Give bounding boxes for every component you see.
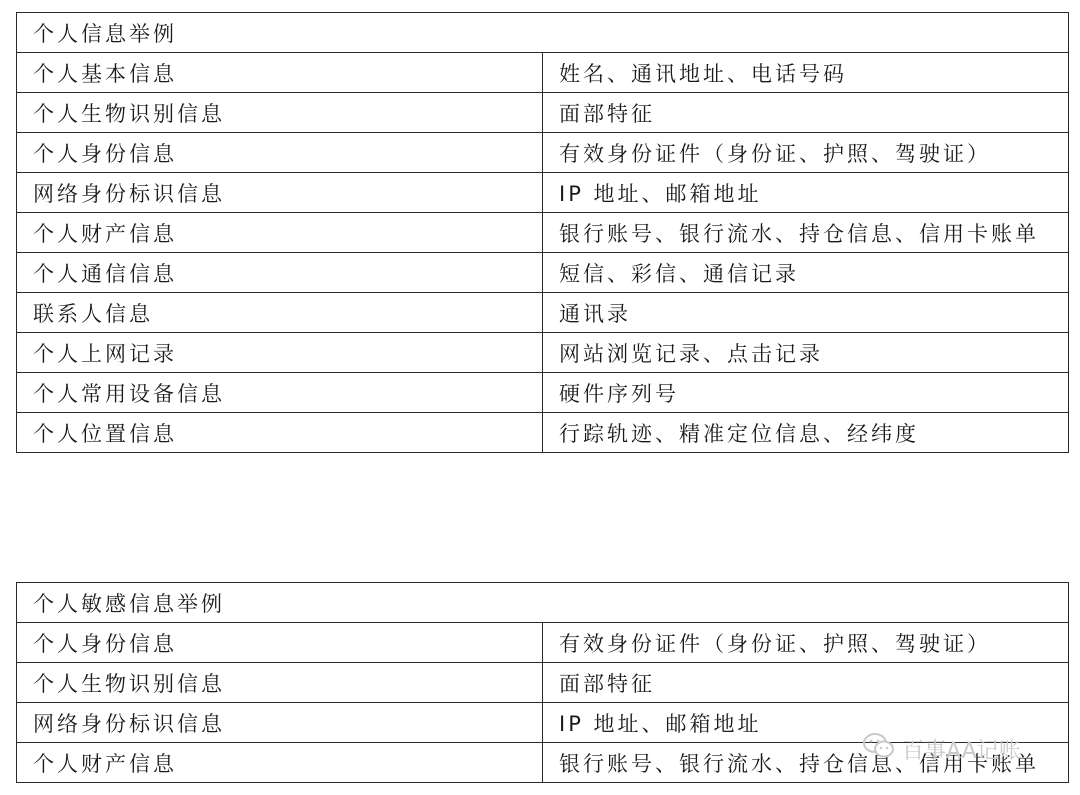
table-row: 个人身份信息有效身份证件（身份证、护照、驾驶证） (17, 623, 1069, 663)
personal-info-table: 个人信息举例 个人基本信息姓名、通讯地址、电话号码 个人生物识别信息面部特征 个… (16, 12, 1069, 453)
table-row: 个人通信信息短信、彩信、通信记录 (17, 253, 1069, 293)
table-row: 个人生物识别信息面部特征 (17, 663, 1069, 703)
table-row: 个人常用设备信息硬件序列号 (17, 373, 1069, 413)
examples-cell: 网站浏览记录、点击记录 (543, 333, 1069, 373)
category-cell: 个人上网记录 (17, 333, 543, 373)
wechat-icon (862, 732, 902, 766)
table-row: 网络身份标识信息IP 地址、邮箱地址 (17, 173, 1069, 213)
category-cell: 个人基本信息 (17, 53, 543, 93)
examples-cell: 短信、彩信、通信记录 (543, 253, 1069, 293)
table-row: 个人生物识别信息面部特征 (17, 93, 1069, 133)
table-row: 个人财产信息银行账号、银行流水、持仓信息、信用卡账单 (17, 213, 1069, 253)
category-cell: 个人生物识别信息 (17, 663, 543, 703)
category-cell: 联系人信息 (17, 293, 543, 333)
table-row: 联系人信息通讯录 (17, 293, 1069, 333)
category-cell: 个人身份信息 (17, 133, 543, 173)
table-title: 个人敏感信息举例 (17, 583, 1069, 623)
category-cell: 个人生物识别信息 (17, 93, 543, 133)
examples-cell: 有效身份证件（身份证、护照、驾驶证） (543, 623, 1069, 663)
examples-cell: 通讯录 (543, 293, 1069, 333)
examples-cell: 有效身份证件（身份证、护照、驾驶证） (543, 133, 1069, 173)
category-cell: 个人位置信息 (17, 413, 543, 453)
examples-cell: 面部特征 (543, 663, 1069, 703)
category-cell: 个人财产信息 (17, 743, 543, 783)
category-cell: 个人通信信息 (17, 253, 543, 293)
examples-cell: 面部特征 (543, 93, 1069, 133)
table-title-row: 个人敏感信息举例 (17, 583, 1069, 623)
category-cell: 网络身份标识信息 (17, 173, 543, 213)
examples-cell: 银行账号、银行流水、持仓信息、信用卡账单 (543, 213, 1069, 253)
category-cell: 网络身份标识信息 (17, 703, 543, 743)
examples-cell: IP 地址、邮箱地址 (543, 173, 1069, 213)
category-cell: 个人常用设备信息 (17, 373, 543, 413)
examples-cell: 姓名、通讯地址、电话号码 (543, 53, 1069, 93)
category-cell: 个人财产信息 (17, 213, 543, 253)
table-row: 个人上网记录网站浏览记录、点击记录 (17, 333, 1069, 373)
table-title-row: 个人信息举例 (17, 13, 1069, 53)
table-title: 个人信息举例 (17, 13, 1069, 53)
table-row: 个人身份信息有效身份证件（身份证、护照、驾驶证） (17, 133, 1069, 173)
examples-cell: 行踪轨迹、精准定位信息、经纬度 (543, 413, 1069, 453)
category-cell: 个人身份信息 (17, 623, 543, 663)
watermark-text: 百事AA记账 (902, 734, 1021, 765)
table-row: 个人位置信息行踪轨迹、精准定位信息、经纬度 (17, 413, 1069, 453)
table-row: 个人基本信息姓名、通讯地址、电话号码 (17, 53, 1069, 93)
watermark: 百事AA记账 (862, 732, 1021, 766)
examples-cell: 硬件序列号 (543, 373, 1069, 413)
